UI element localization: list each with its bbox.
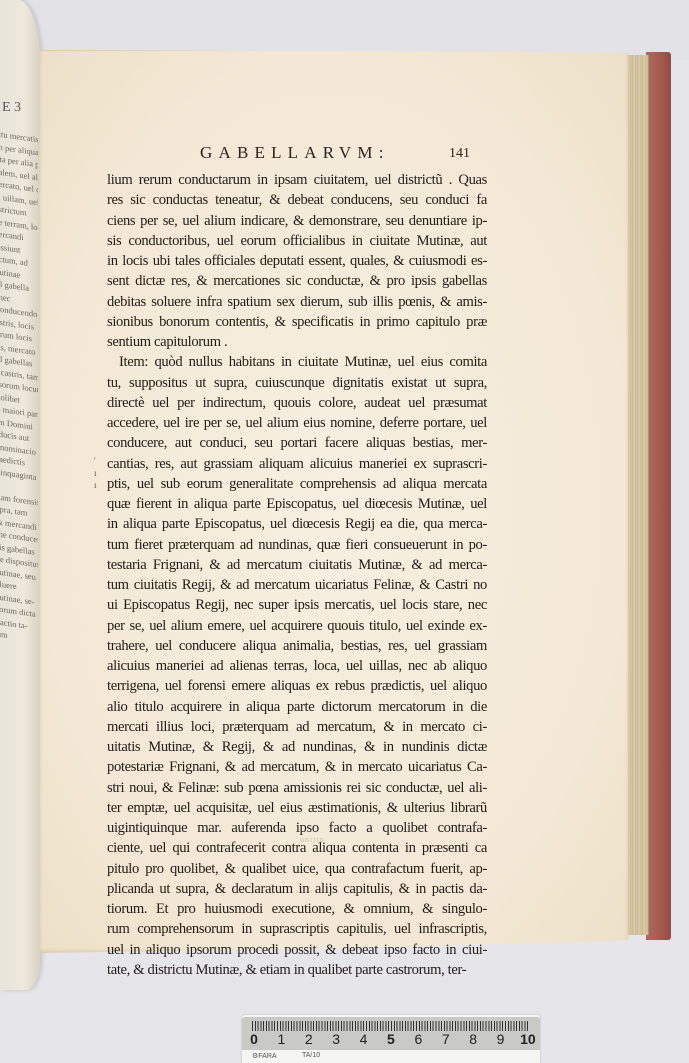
verso-signature-mark: E 3 [2,100,21,116]
ruler-number: 10 [520,1031,536,1049]
text-line: sentium capitulorum . [107,332,487,352]
text-line: tum fieret præterquam ad nundinas, quæ f… [107,535,487,555]
text-line: potestariæ Frignani, & ad mercatum, & in… [107,757,487,777]
ruler-ticks [252,1021,530,1031]
text-line: uigintiquinque mar. auferenda ipso facto… [107,818,487,838]
ruler-number: 9 [493,1031,509,1049]
text-line: uitatis Mutinæ, & Regij, & ad nundinas, … [107,737,487,757]
text-line: directè uel per indirectum, quouis color… [107,393,487,413]
ruler-number: 8 [465,1031,481,1049]
text-line: ter emptæ, uel acquisitæ, uel eius æstim… [107,798,487,818]
ruler-model-label: TA/10 [302,1052,320,1059]
ruler-number: 4 [356,1031,372,1049]
margin-mark: ' [94,455,97,467]
text-line: pitulo pro quolibet, & qualibet uice, qu… [107,859,487,879]
text-line: accedere, uel ire per se, uel alium eius… [107,413,487,433]
show-through-text: unitto [300,835,325,844]
text-line: res sic conductas teneatur, & debeat con… [107,190,487,210]
ruler-number: 0 [246,1031,262,1049]
running-head: GABELLARVM: [200,143,390,163]
text-line: testaria Frignani, & ad mercatum ciuitat… [107,555,487,575]
text-line: uel in aliquo ipsorum procedi possit, & … [107,940,487,960]
text-line: ciens per se, uel alium indicare, & demo… [107,211,487,231]
text-line: sionibus bonorum contentis, & specificat… [107,312,487,332]
text-line: quæ fierent in aliqua parte Episcopatus,… [107,494,487,514]
text-line: in locis ubi tales officiales deputati e… [107,251,487,271]
text-line: alicuius maneriei ad alienas terras, loc… [107,656,487,676]
measurement-ruler: 012345678910 ⚙FARA TA/10 [242,1015,540,1063]
text-line: in aliqua parte Episcopatus, uel diœcesi… [107,514,487,534]
text-line: sis conductoribus, uel eorum officialibu… [107,231,487,251]
ruler-numbers: 012345678910 [246,1031,536,1049]
text-line: tiorum. Et pro huiusmodi executione, & o… [107,899,487,919]
text-line: lium rerum conductarum in ipsam ciuitate… [107,170,487,190]
text-line: tu, suppositus ut supra, cuiuscunque dig… [107,373,487,393]
verso-page-edge: E 3 iditu mercatis, uelum per aliquam pe… [0,0,40,990]
page-block-fore-edge [626,55,649,935]
margin-mark: ı [94,479,97,491]
ruler-number: 2 [301,1031,317,1049]
ruler-number: 7 [438,1031,454,1049]
text-line: per se, uel alium emere, uel acquirere q… [107,616,487,636]
ruler-number: 1 [273,1031,289,1049]
text-line: alio titulo acquirere in aliqua parte di… [107,697,487,717]
ruler-number: 6 [410,1031,426,1049]
text-line: conducere, aut conduci, seu portari face… [107,433,487,453]
body-text-block: lium rerum conductarum in ipsam ciuitate… [107,170,487,980]
ruler-scale: 012345678910 [242,1017,540,1050]
text-line: tum ciuitatis Regij, & ad mercatum uicar… [107,575,487,595]
ruler-brand-logo: ⚙FARA [252,1052,277,1060]
ruler-number: 5 [383,1031,399,1049]
text-line: ciente, uel qui contrafecerit contra ali… [107,838,487,858]
ruler-number: 3 [328,1031,344,1049]
text-line: ptis, uel sub eorum generalitate compreh… [107,474,487,494]
text-line: mercati illius loci, præterquam ad merca… [107,717,487,737]
text-line: rum comprehensorum in suprascriptis capi… [107,919,487,939]
text-line: debitas soluere infra spatium sex dierum… [107,292,487,312]
margin-marks: 'ıı [94,455,97,491]
page-number: 141 [449,146,470,162]
text-line: Item: quòd nullus habitans in ciuitate M… [107,352,487,372]
text-line: terrigena, uel forensi emere aliquas ex … [107,676,487,696]
text-line: cantias, res, aut grassiam aliquam alicu… [107,454,487,474]
verso-text-fragments: iditu mercatis, uelum per aliquam percat… [0,127,38,646]
margin-mark: ı [94,467,97,479]
text-line: tate, & districtu Mutinæ, & etiam in qua… [107,960,487,980]
book-binding-cover [646,52,671,940]
text-line: sent dictæ res, & mercationes sic conduc… [107,271,487,291]
text-line: plicanda ut supra, & declaratum in alijs… [107,879,487,899]
text-line: ui Episcopatus Regij, nec super ipsis me… [107,595,487,615]
text-line: trahere, uel conducere aliqua animalia, … [107,636,487,656]
text-line: stri noui, & Felinæ: sub pœna amissionis… [107,778,487,798]
